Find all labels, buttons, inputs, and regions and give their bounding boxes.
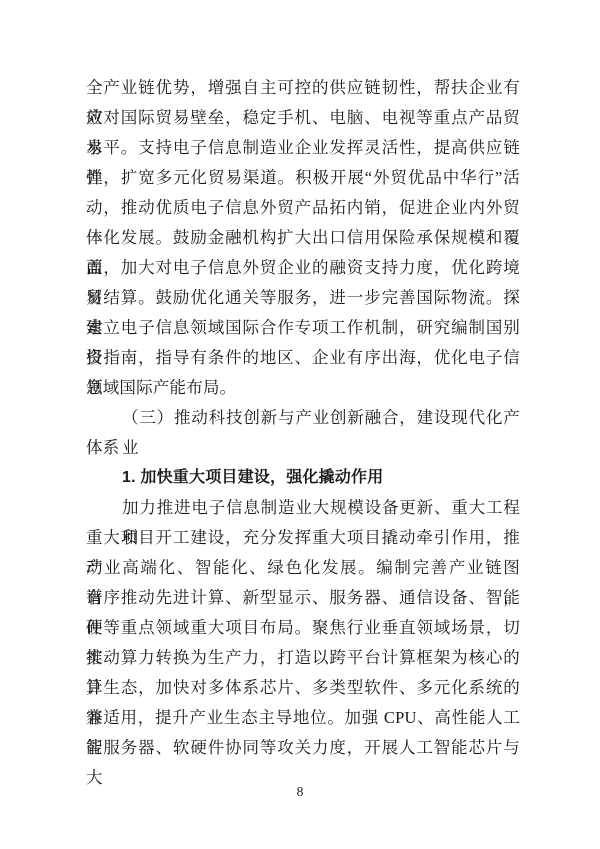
text-line: 应对国际贸易壁垒，稳定手机、电脑、电视等重点产品贸易 <box>86 103 520 133</box>
text-line: 加力推进电子信息制造业大规模设备更新、重大工程和 <box>86 493 520 523</box>
bold-heading-line: 1. 加快重大项目建设，强化撬动作用 <box>86 463 520 493</box>
text-line: 件等重点领域重大项目布局。聚焦行业垂直领域场景，切实 <box>86 613 520 643</box>
text-line: 水平。支持电子信息制造业企业发挥灵活性，提高供应链弹 <box>86 133 520 163</box>
text-line: 体化发展。鼓励金融机构扩大出口信用保险承保规模和覆盖 <box>86 223 520 253</box>
text-line: 算生态，加快对多体系芯片、多类型软件、多元化系统的兼 <box>86 673 520 703</box>
text-line: 性，扩宽多元化贸易渠道。积极开展“外贸优品中华行”活 <box>86 163 520 193</box>
text-line: 产业高端化、智能化、绿色化发展。编制完善产业链图谱， <box>86 553 520 583</box>
text-line: 建立电子信息领域国际合作专项工作机制，研究编制国别投 <box>86 313 520 343</box>
text-line: 动，推动优质电子信息外贸产品拓内销，促进企业内外贸一 <box>86 193 520 223</box>
text-line: 面，加大对电子信息外贸企业的融资支持力度，优化跨境贸 <box>86 253 520 283</box>
text-line: 资指南，指导有条件的地区、企业有序出海，优化电子信息 <box>86 343 520 373</box>
text-line: 易结算。鼓励优化通关等服务，进一步完善国际物流。探索 <box>86 283 520 313</box>
text-line: 有序推动先进计算、新型显示、服务器、通信设备、智能硬 <box>86 583 520 613</box>
text-line: 容适用，提升产业生态主导地位。加强 CPU、高性能人工智 <box>86 703 520 733</box>
section-heading-line: 体系 <box>86 433 520 463</box>
section-heading-line: （三）推动科技创新与产业创新融合，建设现代化产业 <box>86 403 520 433</box>
text-line: 全产业链优势，增强自主可控的供应链韧性，帮扶企业有效 <box>86 73 520 103</box>
document-body: 全产业链优势，增强自主可控的供应链韧性，帮扶企业有效应对国际贸易壁垒，稳定手机、… <box>86 73 520 763</box>
text-line: 能服务器、软硬件协同等攻关力度，开展人工智能芯片与大 <box>86 733 520 763</box>
text-line: 重大项目开工建设，充分发挥重大项目撬动牵引作用，推动 <box>86 523 520 553</box>
text-line: 领域国际产能布局。 <box>86 373 520 403</box>
page-number: 8 <box>0 782 600 802</box>
document-page: 全产业链优势，增强自主可控的供应链韧性，帮扶企业有效应对国际贸易壁垒，稳定手机、… <box>0 0 600 849</box>
text-line: 推动算力转换为生产力，打造以跨平台计算框架为核心的计 <box>86 643 520 673</box>
